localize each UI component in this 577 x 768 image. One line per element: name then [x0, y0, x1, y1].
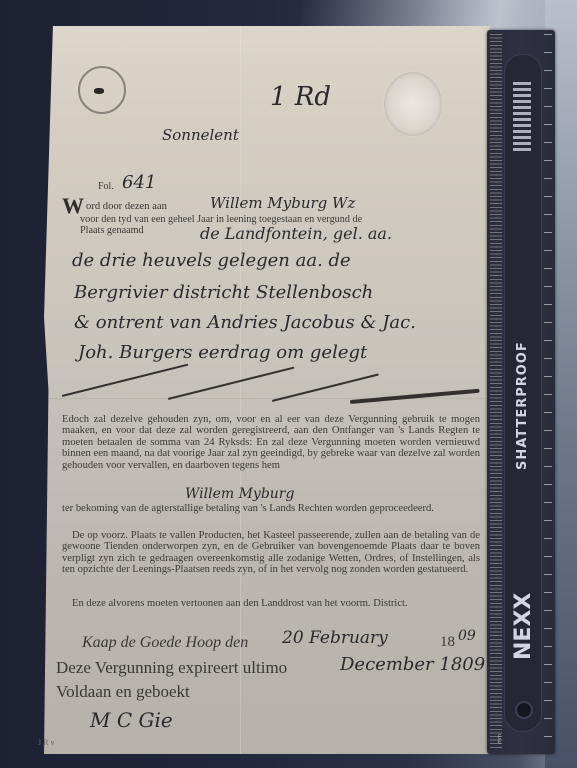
- place-line-5: Joh. Burgers eerdrag om gelegt: [78, 342, 367, 363]
- body-paragraph-4: En deze alvorens moeten vertoonen aan de…: [62, 598, 480, 609]
- ruler-hang-hole: [517, 703, 531, 717]
- ruler-mm-scale: [490, 34, 502, 750]
- place-line-1: de Landfontein, gel. aa.: [200, 224, 392, 243]
- against-name: Willem Myburg: [185, 486, 294, 502]
- ruler-label: SHATTERPROOF: [515, 341, 530, 470]
- place-line-3: Bergrivier districht Stellenbosch: [74, 282, 373, 303]
- body-paragraph-2: ter bekoming van de agterstallige betali…: [62, 503, 480, 514]
- footer-mark: J R v: [38, 738, 54, 747]
- expiry-handwritten: December 1809: [340, 654, 485, 675]
- ruler-unit-label: mm: [497, 734, 503, 744]
- annotation-top: 1 Rd: [270, 82, 331, 112]
- place-line-4: & ontrent van Andries Jacobus & Jac.: [74, 312, 416, 333]
- intro-line-1: ord door dezen aan: [86, 201, 167, 212]
- grantee-name: Willem Myburg Wz: [210, 194, 355, 212]
- year-printed: 18: [440, 634, 455, 651]
- ink-blot: [94, 88, 104, 94]
- place-date-printed: Kaap de Goede Hoop den: [82, 634, 248, 652]
- embossed-seal-icon: [384, 72, 442, 136]
- signature: M C Gie: [90, 708, 173, 732]
- folio-number: 641: [122, 172, 156, 193]
- ruler-barcode-icon: [513, 82, 531, 152]
- folio-label: Fol.: [98, 181, 114, 192]
- drop-cap: W: [62, 196, 84, 216]
- place-line-2: de drie heuvels gelegen aa. de: [72, 250, 351, 271]
- date-handwritten: 20 February: [282, 628, 388, 648]
- ruler-brand: NEXX: [511, 593, 536, 660]
- body-paragraph-3: De op voorz. Plaats te vallen Producten,…: [62, 530, 480, 576]
- ruler-inch-scale: [544, 34, 552, 750]
- annotation-left: Sonnelent: [162, 126, 239, 144]
- expiry-printed: Deze Vergunning expireert ultimo: [56, 658, 287, 678]
- fold-line-horizontal: [44, 398, 490, 399]
- paid-booked: Voldaan en geboekt: [56, 682, 190, 702]
- intro-line-3: Plaats genaamd: [80, 225, 144, 236]
- body-paragraph-1: Edoch zal dezelve gehouden zyn, om, voor…: [62, 414, 480, 471]
- year-handwritten: 09: [458, 628, 476, 644]
